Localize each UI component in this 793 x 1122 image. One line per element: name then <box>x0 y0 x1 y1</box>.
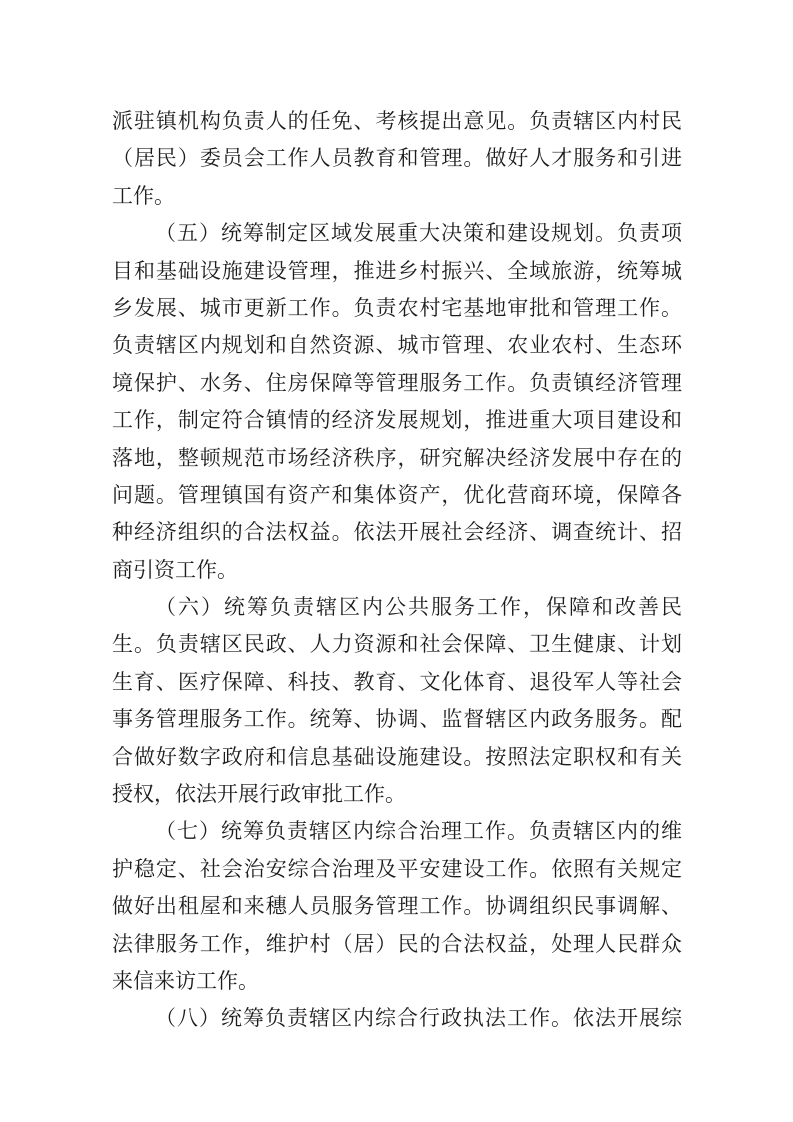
text-line: 法律服务工作，维护村（居）民的合法权益，处理人民群众 <box>112 926 682 963</box>
text-line: 授权，依法开展行政审批工作。 <box>112 776 682 813</box>
text-line: 乡发展、城市更新工作。负责农村宅基地审批和管理工作。 <box>112 290 682 327</box>
text-line: 生育、医疗保障、科技、教育、文化体育、退役军人等社会 <box>112 664 682 701</box>
text-line: 境保护、水务、住房保障等管理服务工作。负责镇经济管理 <box>112 365 682 402</box>
text-line: 工作。 <box>112 178 682 215</box>
text-line: 派驻镇机构负责人的任免、考核提出意见。负责辖区内村民 <box>112 103 682 140</box>
text-line: 来信来访工作。 <box>112 963 682 1000</box>
text-line: 问题。管理镇国有资产和集体资产，优化营商环境，保障各 <box>112 477 682 514</box>
text-line: （八）统筹负责辖区内综合行政执法工作。依法开展综 <box>112 1000 682 1037</box>
text-line: 做好出租屋和来穗人员服务管理工作。协调组织民事调解、 <box>112 888 682 925</box>
paragraph-continuation: 派驻镇机构负责人的任免、考核提出意见。负责辖区内村民（居民）委员会工作人员教育和… <box>112 103 682 215</box>
text-line: 合做好数字政府和信息基础设施建设。按照法定职权和有关 <box>112 739 682 776</box>
paragraph-item-7: （七）统筹负责辖区内综合治理工作。负责辖区内的维护稳定、社会治安综合治理及平安建… <box>112 813 682 1000</box>
document-page: 派驻镇机构负责人的任免、考核提出意见。负责辖区内村民（居民）委员会工作人员教育和… <box>0 0 793 1122</box>
text-line: （六）统筹负责辖区内公共服务工作，保障和改善民 <box>112 589 682 626</box>
text-line: （五）统筹制定区域发展重大决策和建设规划。负责项 <box>112 215 682 252</box>
text-line: 商引资工作。 <box>112 552 682 589</box>
text-line: （七）统筹负责辖区内综合治理工作。负责辖区内的维 <box>112 813 682 850</box>
text-line: 负责辖区内规划和自然资源、城市管理、农业农村、生态环 <box>112 327 682 364</box>
paragraph-item-6: （六）统筹负责辖区内公共服务工作，保障和改善民生。负责辖区民政、人力资源和社会保… <box>112 589 682 813</box>
text-line: 种经济组织的合法权益。依法开展社会经济、调查统计、招 <box>112 514 682 551</box>
text-line: （居民）委员会工作人员教育和管理。做好人才服务和引进 <box>112 140 682 177</box>
text-line: 生。负责辖区民政、人力资源和社会保障、卫生健康、计划 <box>112 626 682 663</box>
document-body: 派驻镇机构负责人的任免、考核提出意见。负责辖区内村民（居民）委员会工作人员教育和… <box>112 103 682 1038</box>
paragraph-item-5: （五）统筹制定区域发展重大决策和建设规划。负责项目和基础设施建设管理，推进乡村振… <box>112 215 682 589</box>
text-line: 事务管理服务工作。统筹、协调、监督辖区内政务服务。配 <box>112 701 682 738</box>
text-line: 护稳定、社会治安综合治理及平安建设工作。依照有关规定 <box>112 851 682 888</box>
paragraph-item-8: （八）统筹负责辖区内综合行政执法工作。依法开展综 <box>112 1000 682 1037</box>
text-line: 工作，制定符合镇情的经济发展规划，推进重大项目建设和 <box>112 402 682 439</box>
text-line: 落地，整顿规范市场经济秩序，研究解决经济发展中存在的 <box>112 440 682 477</box>
text-line: 目和基础设施建设管理，推进乡村振兴、全域旅游，统筹城 <box>112 253 682 290</box>
